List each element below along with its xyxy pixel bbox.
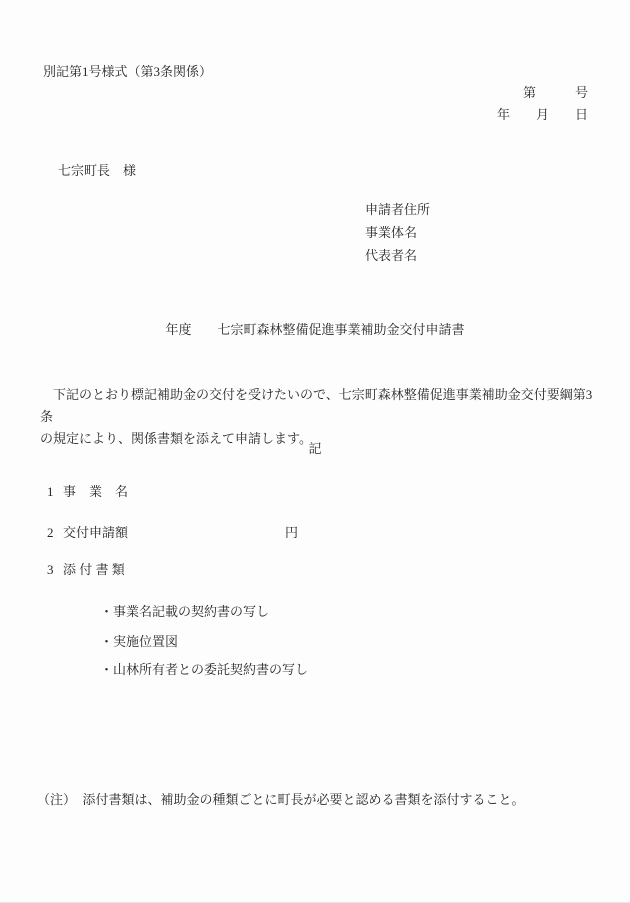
item-label: 事 業 名 xyxy=(63,484,128,499)
attachment-item-location-map: ・実施位置図 xyxy=(100,634,178,650)
item-row-project-name: 1事 業 名 xyxy=(47,484,128,500)
item-row-attached-documents: 3添 付 書 類 xyxy=(47,562,125,578)
applicant-representative-label: 代表者名 xyxy=(365,244,430,267)
applicant-address-label: 申請者住所 xyxy=(365,198,430,221)
item-number: 1 xyxy=(47,484,63,500)
item-number: 2 xyxy=(47,525,63,541)
item-number: 3 xyxy=(47,562,63,578)
footnote: （注） 添付書類は、補助金の種類ごとに町長が必要と認める書類を添付すること。 xyxy=(37,792,525,808)
item-row-application-amount: 2交付申請額 円 xyxy=(47,525,128,541)
attachment-item-consignment-contract-copy: ・山林所有者との委託契約書の写し xyxy=(100,662,308,678)
document-title: 年度 七宗町森林整備促進事業補助金交付申請書 xyxy=(0,322,630,338)
document-page: 別記第1号様式（第3条関係） 第 号 年 月 日 七宗町長 様 申請者住所 事業… xyxy=(0,0,630,903)
date-line: 年 月 日 xyxy=(497,107,588,123)
applicant-entity-label: 事業体名 xyxy=(365,221,430,244)
applicant-block: 申請者住所 事業体名 代表者名 xyxy=(365,198,430,267)
form-style-label: 別記第1号様式（第3条関係） xyxy=(43,64,212,80)
attachment-item-contract-copy: ・事業名記載の契約書の写し xyxy=(100,604,269,620)
item-label: 交付申請額 xyxy=(63,525,128,540)
item-label: 添 付 書 類 xyxy=(63,562,125,577)
yen-unit-label: 円 xyxy=(285,525,298,541)
record-heading: 記 xyxy=(0,441,630,457)
addressee: 七宗町長 様 xyxy=(58,163,136,179)
document-number-line: 第 号 xyxy=(523,85,588,101)
